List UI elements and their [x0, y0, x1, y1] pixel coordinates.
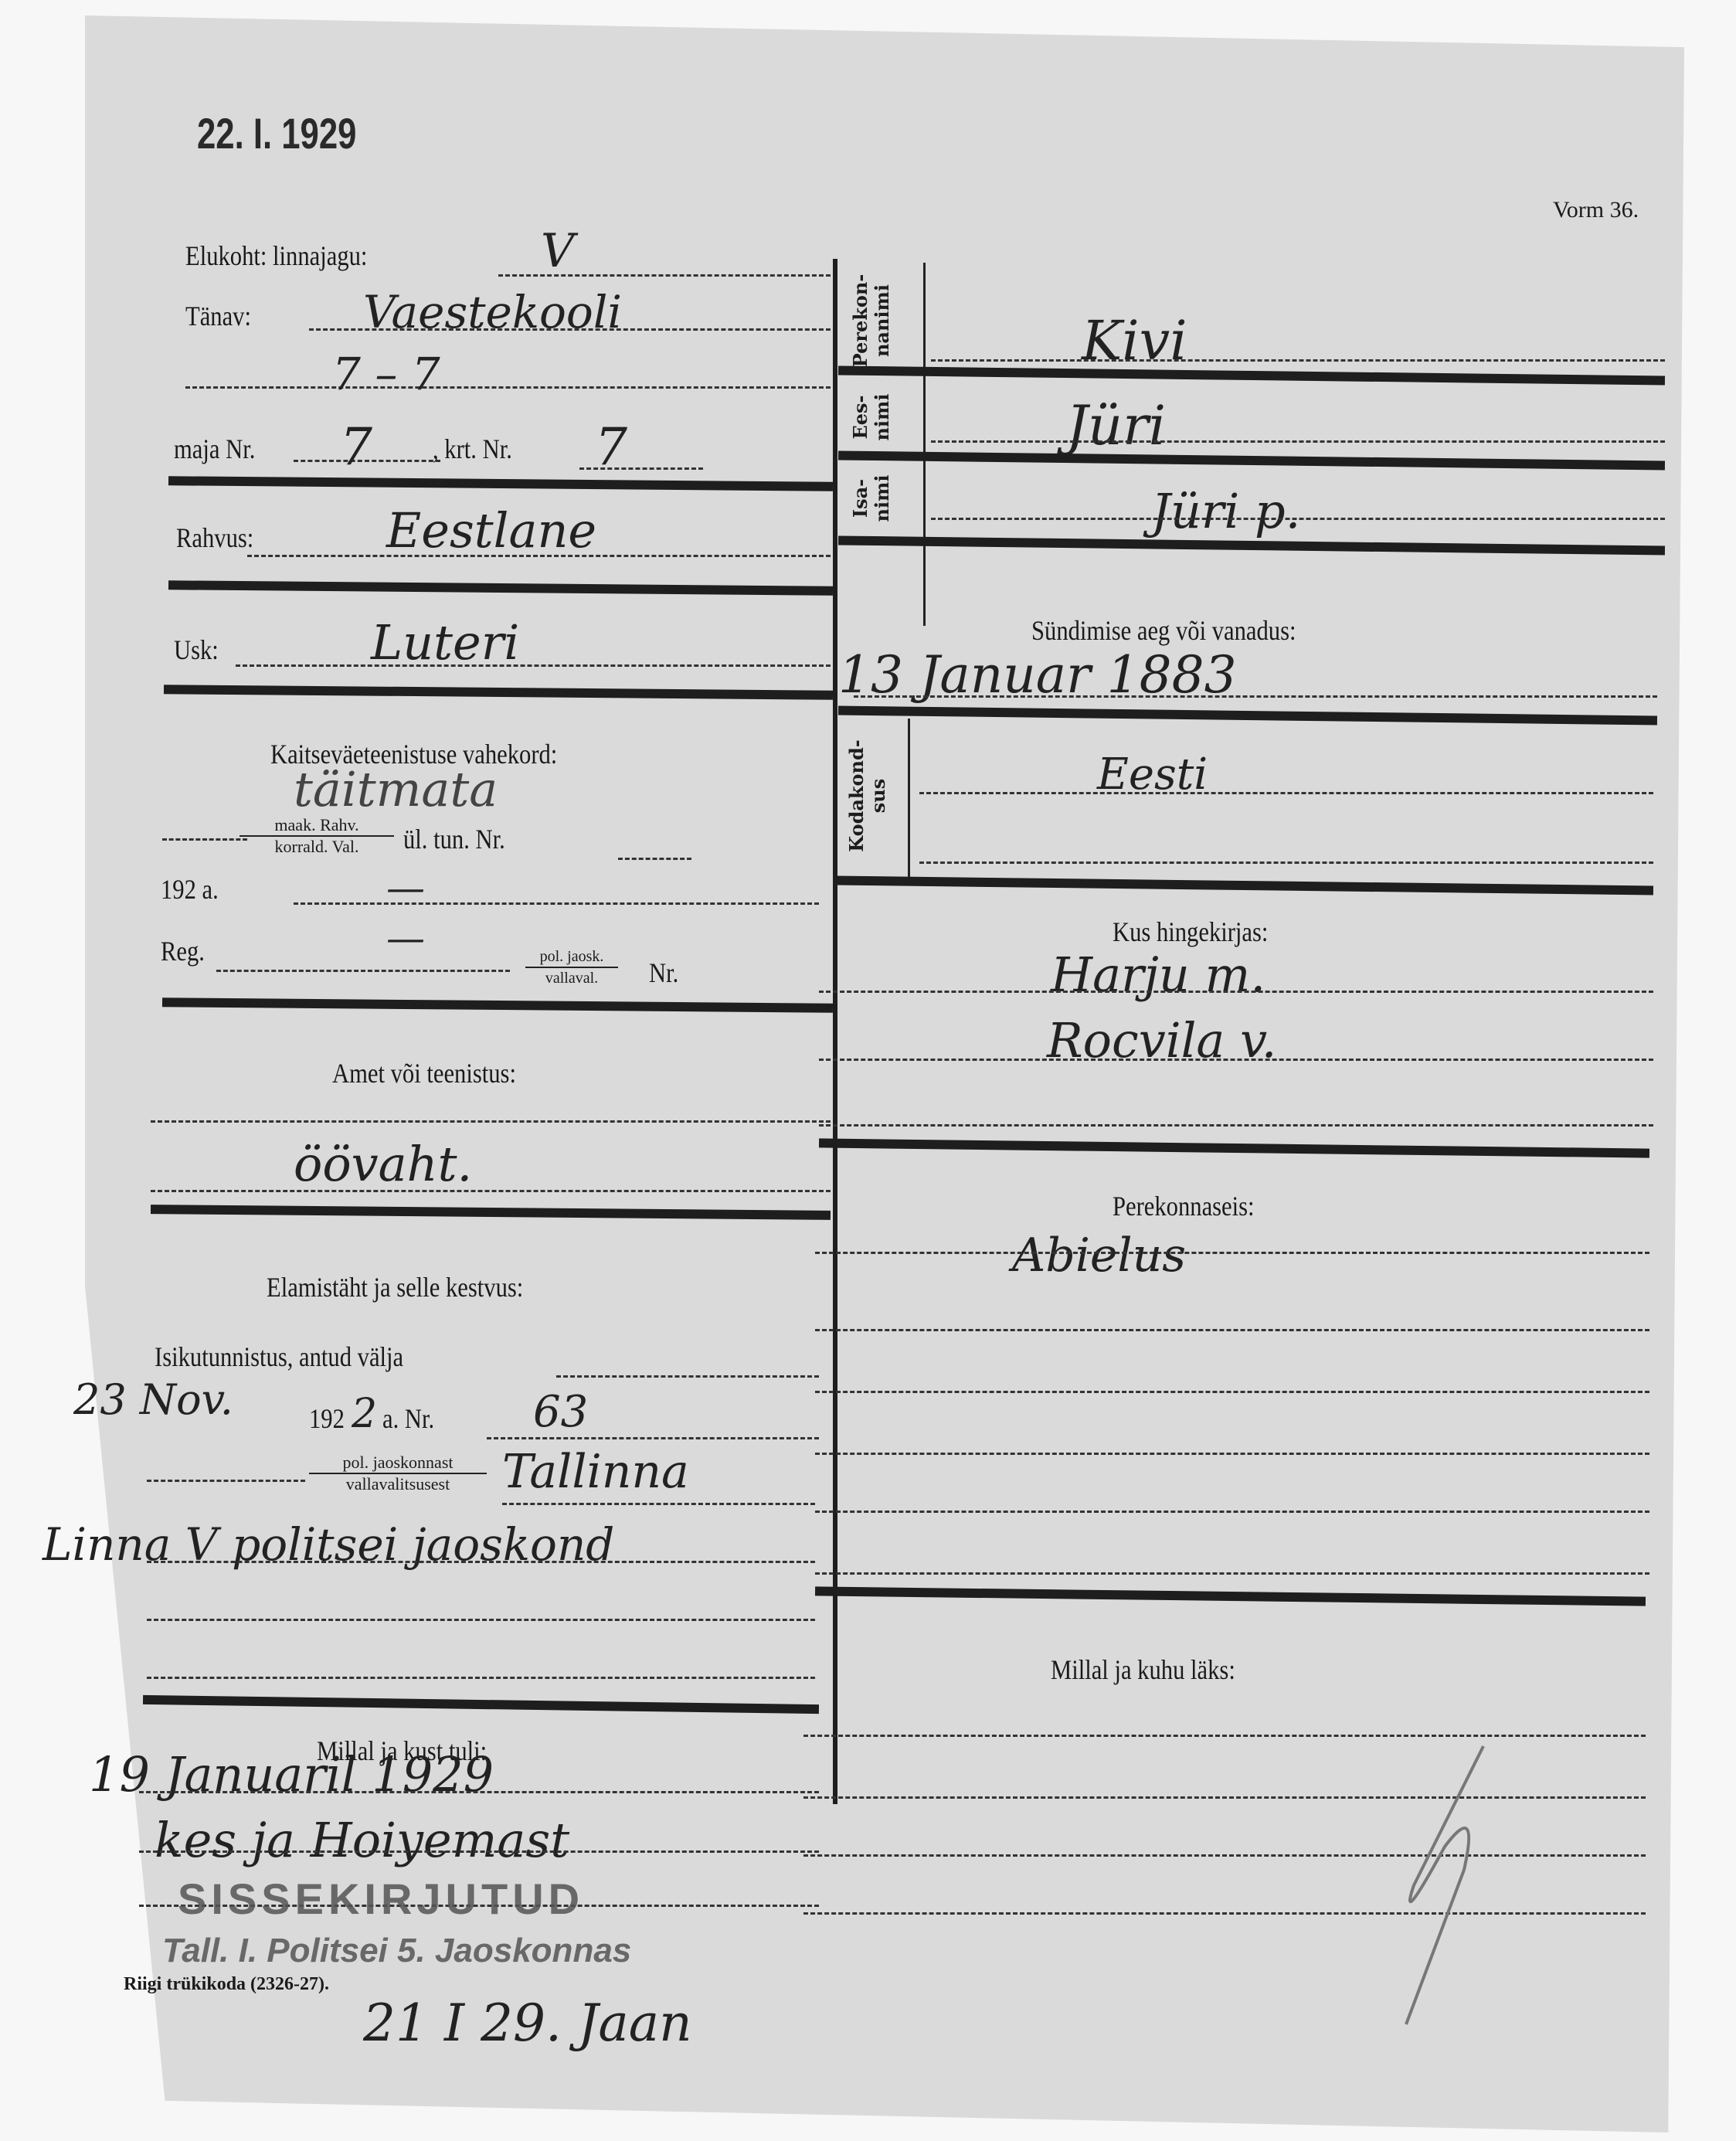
nationality-value: Eestlane	[386, 502, 596, 559]
fraction-bottom: vallaval.	[525, 968, 618, 988]
nationality-label: Rahvus:	[176, 522, 253, 554]
fraction-top: pol. jaoskonnast	[309, 1453, 487, 1474]
religion-label: Usk:	[174, 634, 219, 666]
military-year-line	[294, 902, 819, 905]
citizenship-label: Kodakond- sus	[846, 726, 889, 865]
reg-value: —	[386, 916, 425, 960]
street-value-2: 7 – 7	[332, 348, 440, 400]
father-name-value: Jüri p.	[1151, 483, 1300, 539]
registration-signature: 21 I 29. Jaan	[363, 1993, 692, 2053]
parish-line-3	[819, 1124, 1653, 1127]
blank-line	[147, 1619, 815, 1621]
marital-line-1	[815, 1252, 1649, 1254]
residence-permit-heading: Elamistäht ja selle kestvus:	[267, 1271, 523, 1303]
house-value: 7	[340, 417, 372, 477]
house-label: maja Nr.	[174, 433, 255, 465]
marital-status-value: Abielus	[1012, 1229, 1186, 1283]
label-line: Perekon-	[850, 263, 871, 379]
fraction-top: pol. jaosk.	[525, 946, 618, 968]
id-number-line	[487, 1437, 819, 1439]
military-year-value: —	[386, 865, 425, 910]
label-line: nimi	[871, 379, 893, 456]
pencil-mark-icon	[1313, 1738, 1514, 2032]
citizenship-line-2	[919, 861, 1653, 864]
birth-line	[854, 695, 1657, 698]
street-label: Tänav:	[185, 300, 251, 332]
printer-imprint: Riigi trükikoda (2326-27).	[124, 1974, 329, 1995]
fraction-bottom: korrald. Val.	[240, 837, 394, 857]
occupation-value: öövaht.	[294, 1136, 472, 1192]
issuer-line-2	[147, 1561, 815, 1563]
registration-stamp-title: SISSEKIRJUTUD	[178, 1874, 584, 1924]
reg-label: Reg.	[161, 935, 205, 967]
id-number-value: 63	[533, 1387, 588, 1437]
arrival-date-value: 19 Januaril 1929	[89, 1746, 494, 1803]
issuer-value: Tallinna	[502, 1445, 689, 1499]
birth-heading: Sündimise aeg või vanadus:	[1031, 614, 1296, 647]
religion-value: Luteri	[371, 614, 519, 671]
parish-register-value-1: Harju m.	[1051, 946, 1265, 1003]
received-date-stamp: 22. I. 1929	[197, 108, 356, 158]
reg-nr-label: Nr.	[649, 957, 678, 989]
military-suffix: ül. tun. Nr.	[403, 823, 505, 855]
issuer-fraction: pol. jaoskonnast vallavalitsusest	[309, 1453, 487, 1494]
marital-line-2	[815, 1329, 1649, 1331]
military-nr-line	[618, 858, 691, 860]
id-number-label: a. Nr.	[382, 1402, 434, 1435]
id-date-value: 23 Nov.	[73, 1375, 233, 1424]
blank-line	[147, 1677, 815, 1679]
parish-line-1	[819, 991, 1653, 993]
first-name-line	[931, 440, 1665, 443]
district-value: V	[541, 224, 574, 278]
id-line	[556, 1375, 819, 1378]
military-line	[162, 838, 247, 841]
fraction-bottom: vallavalitsusest	[309, 1474, 487, 1494]
occupation-line-2	[151, 1190, 831, 1192]
parish-line-2	[819, 1059, 1653, 1061]
departure-line-2	[803, 1796, 1646, 1799]
religion-line	[236, 664, 831, 667]
fraction-top: maak. Rahv.	[240, 815, 394, 837]
marital-status-heading: Perekonnaseis:	[1113, 1190, 1255, 1222]
arrival-place-value: kes ja Hoiyemast	[155, 1812, 569, 1868]
first-name-label: Ees- nimi	[850, 379, 893, 456]
label-line: nanimi	[871, 263, 893, 379]
marital-line-6	[815, 1572, 1649, 1575]
form-number: Vorm 36.	[1553, 197, 1639, 223]
street-value: Vaestekooli	[363, 286, 622, 338]
citizenship-line	[919, 792, 1653, 794]
label-line: Isa-	[850, 460, 871, 537]
label-line: Kodakond-	[846, 726, 868, 865]
military-year-label: 192 a.	[161, 873, 219, 906]
issuer-line-left	[147, 1480, 305, 1482]
marital-line-4	[815, 1453, 1649, 1455]
arrival-line-2	[139, 1850, 819, 1853]
label-line: Ees-	[850, 379, 871, 456]
departure-line-3	[803, 1854, 1646, 1857]
id-year-prefix: 192	[309, 1402, 345, 1435]
military-fraction: maak. Rahv. korrald. Val.	[240, 815, 394, 857]
departure-line-1	[803, 1735, 1646, 1737]
first-name-value: Jüri	[1066, 394, 1166, 457]
departure-heading: Millal ja kuhu läks:	[1051, 1653, 1235, 1686]
surname-line	[931, 359, 1665, 362]
departure-line-4	[803, 1912, 1646, 1915]
reg-line	[216, 970, 510, 972]
apartment-label: , krt. Nr.	[433, 433, 512, 465]
arrival-line	[139, 1791, 819, 1793]
parish-register-heading: Kus hingekirjas:	[1113, 916, 1268, 948]
military-value: täitmata	[294, 761, 498, 817]
name-label-divider	[923, 263, 926, 626]
apartment-value: 7	[595, 417, 627, 477]
label-line: nimi	[871, 460, 893, 537]
id-label: Isikutunnistus, antud välja	[155, 1341, 403, 1373]
surname-value: Kivi	[1082, 309, 1187, 372]
citizenship-label-divider	[908, 719, 910, 881]
reg-fraction: pol. jaosk. vallaval.	[525, 946, 618, 988]
issuer-line	[502, 1503, 815, 1505]
residence-label: Elukoht: linnajagu:	[185, 240, 367, 272]
street-line-2	[185, 386, 831, 389]
father-name-line	[931, 518, 1665, 520]
occupation-line	[151, 1120, 831, 1123]
marital-line-3	[815, 1391, 1649, 1393]
id-year-digit: 2	[352, 1391, 377, 1437]
registration-stamp-office: Tall. I. Politsei 5. Jaoskonnas	[162, 1932, 631, 1970]
occupation-heading: Amet või teenistus:	[332, 1057, 516, 1089]
surname-label: Perekon- nanimi	[850, 263, 893, 379]
label-line: sus	[868, 726, 889, 865]
father-name-label: Isa- nimi	[850, 460, 893, 537]
marital-line-5	[815, 1511, 1649, 1513]
